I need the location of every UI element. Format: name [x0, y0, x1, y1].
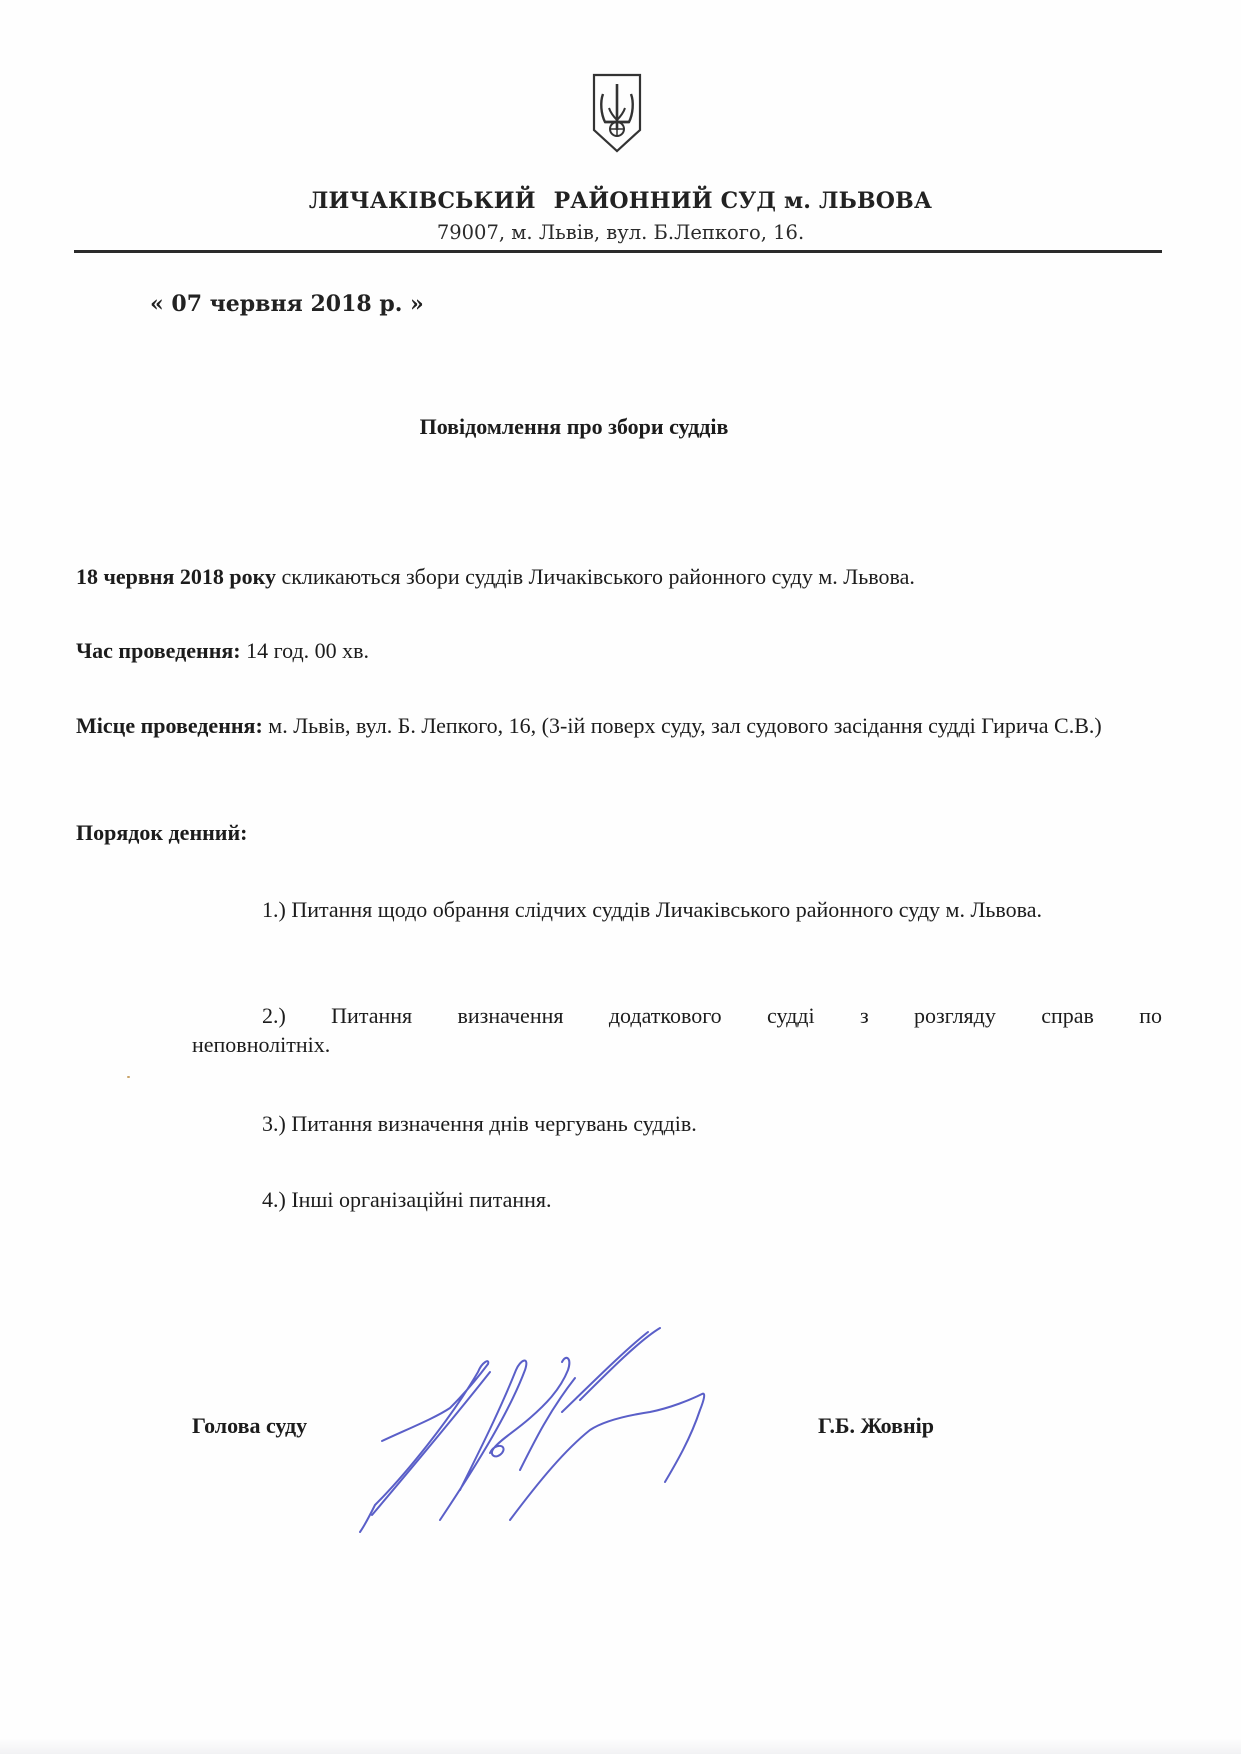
agenda-heading: Порядок денний: [76, 818, 1162, 847]
announcement-paragraph: 18 червня 2018 року скликаються збори су… [76, 562, 1162, 591]
agenda-item-1: 1.) Питання щодо обрання слідчих суддів … [192, 895, 1162, 924]
document-date: « 07 червня 2018 р. » [150, 291, 424, 317]
scan-speck [127, 1076, 130, 1078]
meeting-time: Час проведення: 14 год. 00 хв. [76, 636, 1162, 665]
court-name: ЛИЧАКІВСЬКИЙ РАЙОННИЙ СУД м. ЛЬВОВА [0, 188, 1241, 214]
agenda-item-3: 3.) Питання визначення днів чергувань су… [192, 1109, 1162, 1138]
agenda-item-2: 2.) Питання визначення додаткового судді… [192, 1001, 1162, 1059]
page-bottom-edge [0, 1738, 1241, 1754]
signatory-position: Голова суду [192, 1413, 307, 1439]
meeting-place: Місце проведення: м. Львів, вул. Б. Лепк… [76, 711, 1162, 740]
signatory-name: Г.Б. Жовнір [818, 1413, 934, 1439]
trident-emblem-icon [591, 72, 643, 154]
document-title: Повідомлення про збори суддів [0, 414, 1148, 440]
agenda-item-4: 4.) Інші організаційні питання. [192, 1185, 1162, 1214]
handwritten-signature-icon [330, 1310, 790, 1540]
header-divider [74, 250, 1162, 253]
court-address: 79007, м. Львів, вул. Б.Лепкого, 16. [0, 221, 1241, 244]
